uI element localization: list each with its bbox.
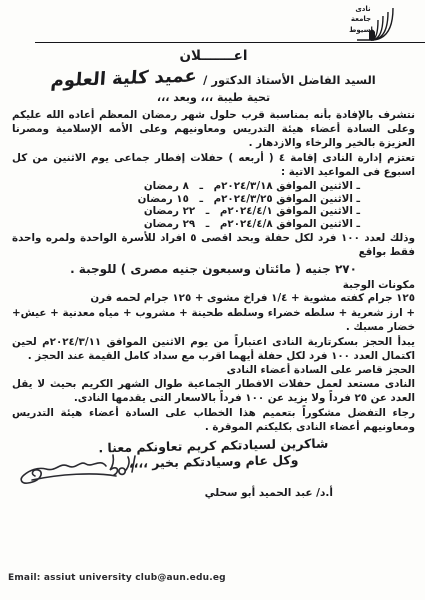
- date-separator: ـ: [192, 193, 210, 205]
- iftar-ramadan-day: ٢٢ رمضان: [144, 205, 195, 217]
- iftar-date-row: ـ الاثنين الموافق ٢٠٢٤/٣/٢٥م ـ ١٥ رمضان: [12, 193, 360, 205]
- letter-body: اعـــــــلان السيد الفاضل الأستاذ الدكتو…: [12, 50, 415, 469]
- signature-icon: [14, 448, 139, 488]
- date-bullet: ـ: [356, 193, 360, 205]
- price-in-words: ( مائتان وسبعون جنيه مصرى ): [121, 262, 301, 276]
- header-divider: [35, 42, 425, 43]
- iftar-date-row: ـ الاثنين الموافق ٢٠٢٤/٤/٨م ـ ٢٩ رمضان: [12, 218, 360, 230]
- footer-email: Email: assiut university club@aun.edu.eg: [8, 573, 226, 583]
- circulation-request-line: رجاء التفضل مشكوراً بتعميم هذا الخطاب عل…: [12, 407, 415, 435]
- date-bullet: ـ: [356, 205, 360, 217]
- date-separator: ـ: [199, 205, 217, 217]
- intro-paragraph: نتشرف بالإفادة بأنه بمناسبة قرب حلول شهر…: [12, 109, 415, 150]
- iftar-dates-list: ـ الاثنين الموافق ٢٠٢٤/٣/١٨م ـ ٨ رمضان ـ…: [12, 180, 360, 230]
- salutation-line: السيد الفاضل الأستاذ الدكتور / عميد كلية…: [12, 70, 415, 89]
- iftar-date-row: ـ الاثنين الموافق ٢٠٢٤/٤/١م ـ ٢٢ رمضان: [12, 205, 360, 217]
- meal-line-2: + ارز شعرية + سلطه خضراء وسلطه طحينة + م…: [12, 307, 415, 335]
- booking-start-line: يبدأ الحجز بسكرتارية النادى اعتباراً من …: [12, 336, 415, 364]
- meal-components-heading: مكونات الوجبة: [12, 279, 415, 293]
- price-line: ٢٧٠ جنيه ( مائتان وسبعون جنيه مصرى ) للو…: [12, 261, 415, 277]
- assiut-university-club-logo: نادى جامعة اسيوط: [341, 2, 395, 44]
- iftar-gregorian-date: الاثنين الموافق ٢٠٢٤/٣/١٨م: [214, 180, 353, 192]
- capacity-line: وذلك لعدد ١٠٠ فرد لكل حفلة وبحد اقصى ٥ ا…: [12, 232, 415, 260]
- date-separator: ـ: [192, 180, 210, 192]
- iftar-date-row: ـ الاثنين الموافق ٢٠٢٤/٣/١٨م ـ ٨ رمضان: [12, 180, 360, 192]
- date-separator: ـ: [199, 218, 217, 230]
- handwritten-signature: [14, 448, 139, 492]
- iftar-ramadan-day: ١٥ رمضان: [138, 193, 189, 205]
- date-bullet: ـ: [356, 218, 360, 230]
- plan-paragraph: تعتزم إدارة النادى إقامة ٤ ( أربعه ) حفل…: [12, 152, 415, 180]
- meal-line-1: ١٢٥ جرام كفته مشوية + ١/٤ فراخ مشوى + ١٢…: [12, 292, 415, 306]
- iftar-ramadan-day: ٢٩ رمضان: [144, 218, 195, 230]
- announcement-title: اعـــــــلان: [12, 50, 415, 64]
- salutation-printed: السيد الفاضل الأستاذ الدكتور /: [203, 73, 376, 87]
- club-emblem-icon: نادى جامعة اسيوط: [341, 2, 395, 44]
- members-only-line: الحجز قاصر على السادة أعضاء النادى: [12, 364, 415, 378]
- iftar-gregorian-date: الاثنين الموافق ٢٠٢٤/٤/١م: [220, 205, 353, 217]
- plan-text-bold: حفلات إفطار جماعى: [114, 152, 223, 164]
- logo-text-line2: جامعة: [351, 15, 371, 23]
- logo-text-line1: نادى: [355, 5, 371, 13]
- greeting-line: تحية طيبة ،،، وبعد ،،،: [12, 91, 415, 105]
- iftar-ramadan-day: ٨ رمضان: [144, 180, 189, 192]
- price-amount: ٢٧٠ جنيه: [305, 262, 357, 276]
- scanned-announcement-page: نادى جامعة اسيوط اعـــــــلان السيد الفا…: [0, 0, 425, 600]
- signatory-name: أ.د/ عبد الحميد أبو سحلي: [205, 487, 333, 499]
- plan-text-pre: تعتزم إدارة النادى إقامة ٤ ( أربعه ): [223, 152, 415, 164]
- iftar-gregorian-date: الاثنين الموافق ٢٠٢٤/٣/٢٥م: [214, 193, 353, 205]
- iftar-gregorian-date: الاثنين الموافق ٢٠٢٤/٤/٨م: [220, 218, 353, 230]
- club-readiness-line: النادى مستعد لعمل حفلات الافطار الجماعية…: [12, 378, 415, 406]
- salutation-handwritten-dean: عميد كلية العلوم: [50, 67, 197, 90]
- date-bullet: ـ: [356, 180, 360, 192]
- logo-text-line3: اسيوط: [349, 26, 373, 34]
- price-suffix: للوجبة .: [70, 262, 117, 276]
